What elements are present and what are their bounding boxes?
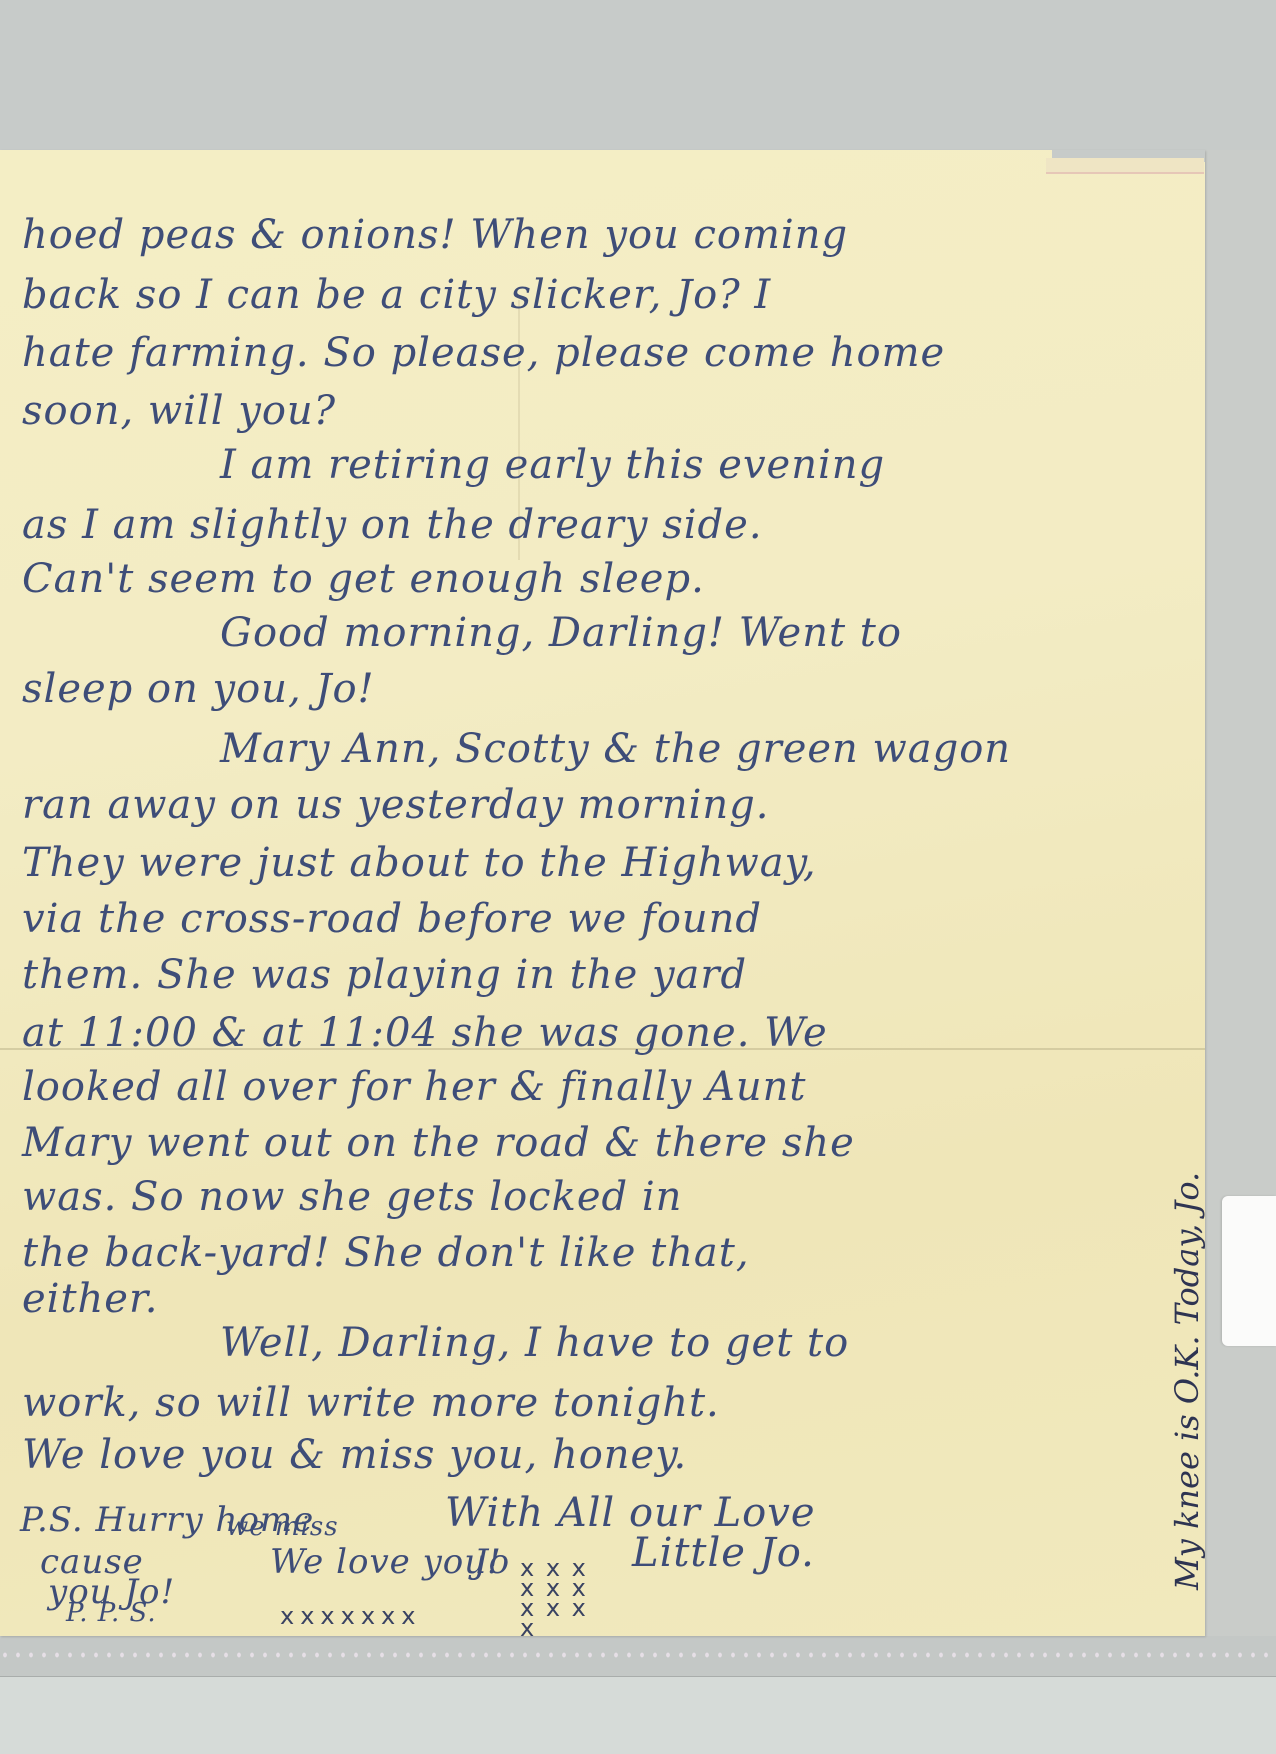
closing-little-jo: Little Jo. [632,1530,815,1576]
sleeve-perforation-strip [0,1636,1276,1677]
letter-line-8: Good morning, Darling! Went to [220,610,902,656]
scan-background-bottom [0,1675,1276,1754]
kisses-cluster: x x x x x x x x x x [520,1558,610,1638]
letter-line-5: I am retiring early this evening [220,442,885,488]
ps-insert-we-miss: we miss [226,1512,339,1542]
letter-line-20: either. [22,1276,158,1322]
letter-line-16: looked all over for her & finally Aunt [22,1064,806,1110]
letter-page: hoed peas & onions! When you coming back… [0,150,1205,1636]
letter-line-11: ran away on us yesterday morning. [22,782,769,828]
letter-line-13: via the cross-road before we found [22,896,762,942]
letter-line-22: work, so will write more tonight. [22,1380,720,1426]
letter-line-18: was. So now she gets locked in [22,1174,682,1220]
scan-background-top [0,0,1276,150]
letter-line-2: back so I can be a city slicker, Jo? I [22,272,771,318]
letter-line-12: They were just about to the Highway, [22,840,817,886]
letter-line-14: them. She was playing in the yard [22,952,747,998]
kisses-row: xxxxxxx [280,1602,421,1630]
pps-love-you: We love you! [270,1542,502,1582]
letter-line-23: We love you & miss you, honey. [22,1432,687,1478]
letter-line-19: the back-yard! She don't like that, [22,1230,750,1276]
paper-folded-flap [1046,158,1204,174]
letter-line-10: Mary Ann, Scotty & the green wagon [220,726,1011,772]
letter-line-17: Mary went out on the road & there she [22,1120,855,1166]
vertical-margin-note: My knee is O.K. Today, Jo. [1168,1172,1206,1590]
pps-signature-jo: Jo [474,1542,510,1582]
letter-line-3: hate farming. So please, please come hom… [22,330,945,376]
letter-line-4: soon, will you? [22,388,336,434]
letter-line-15: at 11:00 & at 11:04 she was gone. We [22,1010,828,1056]
letter-line-7: Can't seem to get enough sleep. [22,556,705,602]
pps-label: P. P. S. [66,1598,157,1628]
letter-line-6: as I am slightly on the dreary side. [22,502,763,548]
letter-line-1: hoed peas & onions! When you coming [22,212,848,258]
sleeve-perforations [0,1651,1276,1659]
sleeve-tab [1222,1196,1276,1346]
letter-line-9: sleep on you, Jo! [22,666,375,712]
letter-line-21: Well, Darling, I have to get to [220,1320,849,1366]
